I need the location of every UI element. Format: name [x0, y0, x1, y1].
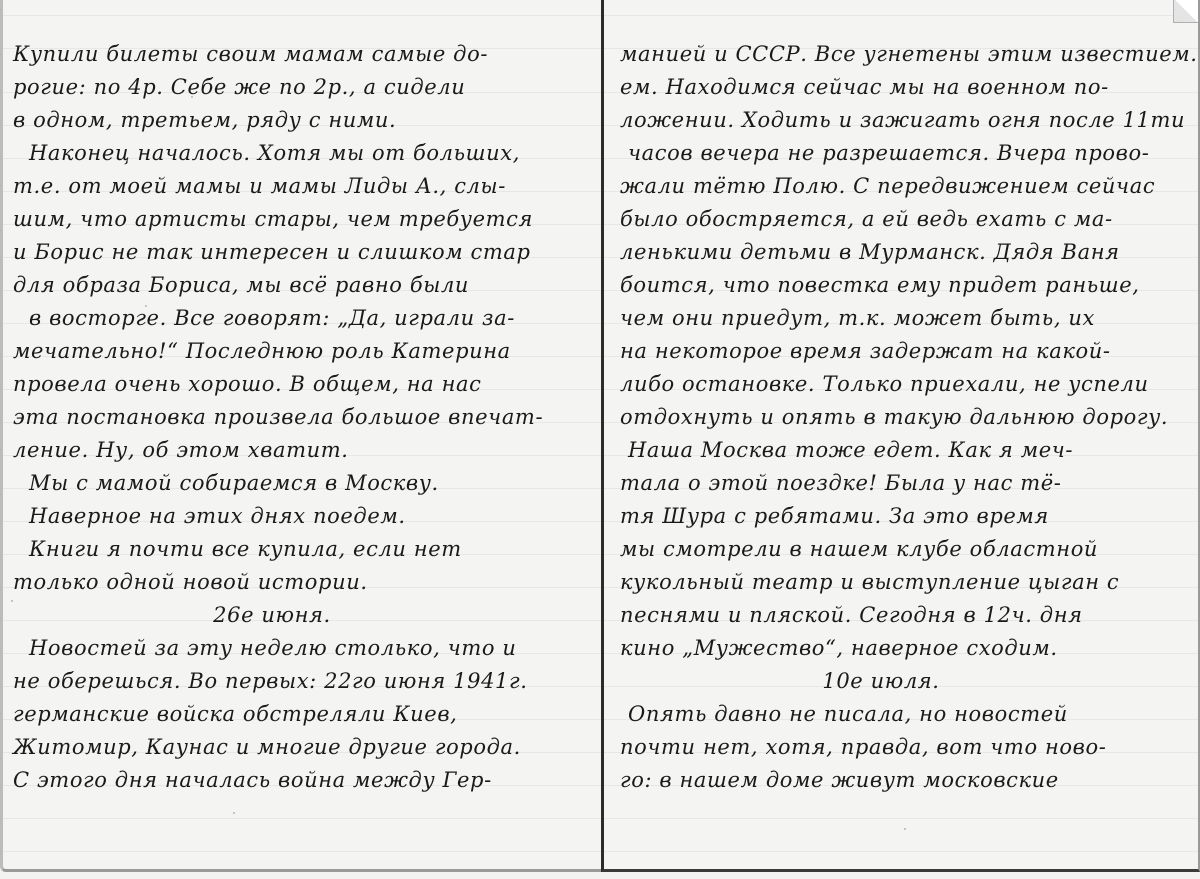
handwritten-line: тя Шура с ребятами. За это время: [604, 500, 1198, 533]
handwritten-line: либо остановке. Только приехали, не успе…: [604, 368, 1198, 401]
paper-speck: [145, 305, 147, 307]
handwritten-line: шим, что артисты стары, чем требуется: [3, 203, 601, 236]
handwritten-line: ложении. Ходить и зажигать огня после 11…: [604, 104, 1198, 137]
paper-speck: [11, 600, 13, 602]
handwritten-line: Купили билеты своим мамам самые до-: [3, 38, 601, 71]
handwritten-line: ление. Ну, об этом хватит.: [3, 434, 601, 467]
handwritten-line: Наша Москва тоже едет. Как я меч-: [604, 434, 1198, 467]
handwritten-line: эта постановка произвела большое впечат-: [3, 401, 601, 434]
handwritten-line: для образа Бориса, мы всё равно были: [3, 269, 601, 302]
paper-speck: [191, 96, 193, 98]
paper-speck: [784, 290, 786, 292]
right-page-lines: манией и СССР. Все угнетены этим извести…: [604, 38, 1198, 797]
handwritten-line: Новостей за эту неделю столько, что и: [3, 632, 601, 665]
handwritten-line: С этого дня началась война между Гер-: [3, 764, 601, 797]
handwritten-line: манией и СССР. Все угнетены этим извести…: [604, 38, 1198, 71]
handwritten-line: часов вечера не разрешается. Вчера прово…: [604, 137, 1198, 170]
handwritten-line: Житомир, Каунас и многие другие города.: [3, 731, 601, 764]
handwritten-line: в одном, третьем, ряду с ними.: [3, 104, 601, 137]
handwritten-line: почти нет, хотя, правда, вот что ново-: [604, 731, 1198, 764]
handwritten-line: в восторге. Все говорят: „Да, играли за-: [3, 302, 601, 335]
handwritten-line: на некоторое время задержат на какой-: [604, 335, 1198, 368]
entry-date-heading: 26е июня.: [3, 599, 601, 632]
handwritten-line: было обостряется, а ей ведь ехать с ма-: [604, 203, 1198, 236]
handwritten-line: Наверное на этих днях поедем.: [3, 500, 601, 533]
handwritten-line: ленькими детьми в Мурманск. Дядя Ваня: [604, 236, 1198, 269]
handwritten-line: Книги я почти все купила, если нет: [3, 533, 601, 566]
handwritten-line: мы смотрели в нашем клубе областной: [604, 533, 1198, 566]
handwritten-line: кукольный театр и выступление цыган с: [604, 566, 1198, 599]
handwritten-line: не оберешься. Во первых: 22го июня 1941г…: [3, 665, 601, 698]
paper-speck: [904, 828, 906, 830]
handwritten-line: рогие: по 4р. Себе же по 2р., а сидели: [3, 71, 601, 104]
handwritten-line: ем. Находимся сейчас мы на военном по-: [604, 71, 1198, 104]
handwritten-line: Наконец началось. Хотя мы от больших,: [3, 137, 601, 170]
handwritten-line: т.е. от моей мамы и мамы Лиды А., слы-: [3, 170, 601, 203]
handwritten-line: тала о этой поездке! Была у нас тё-: [604, 467, 1198, 500]
handwritten-line: го: в нашем доме живут московские: [604, 764, 1198, 797]
left-page-lines: Купили билеты своим мамам самые до-рогие…: [3, 38, 601, 797]
handwritten-line: боится, что повестка ему придет раньше,: [604, 269, 1198, 302]
handwritten-line: песнями и пляской. Сегодня в 12ч. дня: [604, 599, 1198, 632]
handwritten-line: только одной новой истории.: [3, 566, 601, 599]
handwritten-line: мечательно!“ Последнюю роль Катерина: [3, 335, 601, 368]
folded-corner-icon: [1173, 0, 1198, 23]
handwritten-line: жали тётю Полю. С передвижением сейчас: [604, 170, 1198, 203]
handwritten-line: провела очень хорошо. В общем, на нас: [3, 368, 601, 401]
handwritten-line: кино „Мужество“, наверное сходим.: [604, 632, 1198, 665]
handwritten-line: чем они приедут, т.к. может быть, их: [604, 302, 1198, 335]
left-page: Купили билеты своим мамам самые до-рогие…: [0, 0, 601, 872]
right-page: манией и СССР. Все угнетены этим извести…: [601, 0, 1200, 872]
handwritten-line: Опять давно не писала, но новостей: [604, 698, 1198, 731]
handwritten-line: отдохнуть и опять в такую дальнюю дорогу…: [604, 401, 1198, 434]
diary-spread: Купили билеты своим мамам самые до-рогие…: [0, 0, 1200, 879]
entry-date-heading: 10е июля.: [604, 665, 1198, 698]
handwritten-line: и Борис не так интересен и слишком стар: [3, 236, 601, 269]
handwritten-line: германские войска обстреляли Киев,: [3, 698, 601, 731]
paper-speck: [233, 812, 235, 814]
handwritten-line: Мы с мамой собираемся в Москву.: [3, 467, 601, 500]
